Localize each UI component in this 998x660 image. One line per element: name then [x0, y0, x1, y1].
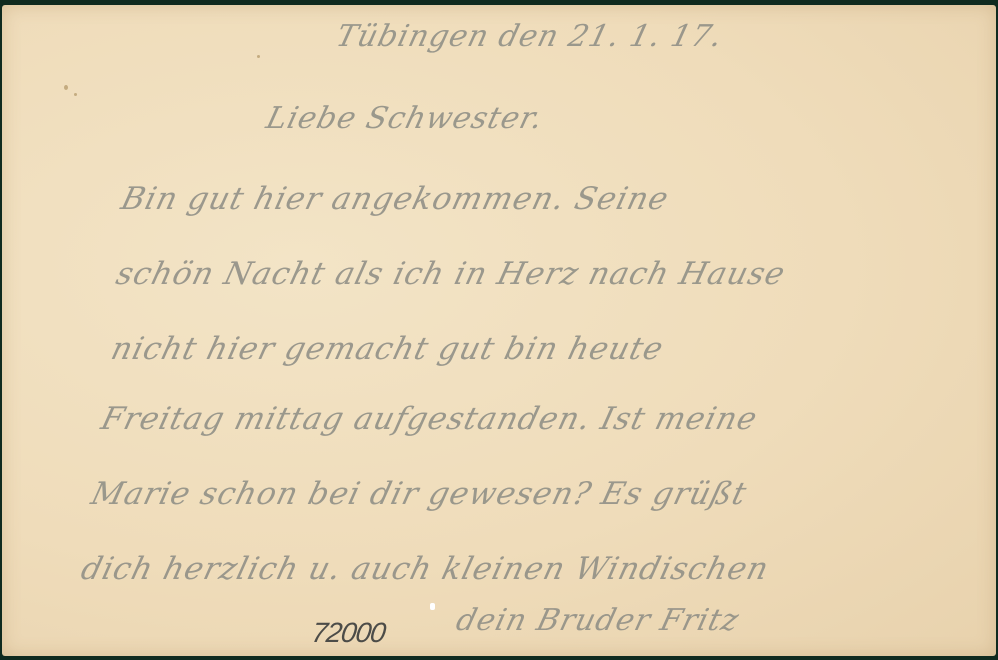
body-line-1: Bin gut hier angekommen. Seine	[118, 181, 673, 217]
body-line-5: Marie schon bei dir gewesen? Es grüßt	[88, 476, 751, 512]
salutation: Liebe Schwester.	[263, 101, 547, 136]
light-reflection	[430, 603, 435, 610]
body-line-6: dich herzlich u. auch kleinen Windischen	[78, 551, 773, 587]
body-line-2: schön Nacht als ich in Herz nach Hause	[113, 256, 790, 292]
body-line-4: Freitag mittag aufgestanden. Ist meine	[98, 401, 762, 437]
date-line: Tübingen den 21. 1. 17.	[333, 19, 727, 54]
paper-speck	[74, 93, 77, 96]
catalog-number: 72000	[310, 617, 387, 649]
paper-speck	[64, 85, 68, 90]
postcard: Tübingen den 21. 1. 17. Liebe Schwester.…	[2, 5, 996, 656]
paper-speck	[257, 55, 260, 58]
body-line-3: nicht hier gemacht gut bin heute	[108, 331, 668, 367]
signature: dein Bruder Fritz	[453, 603, 743, 638]
